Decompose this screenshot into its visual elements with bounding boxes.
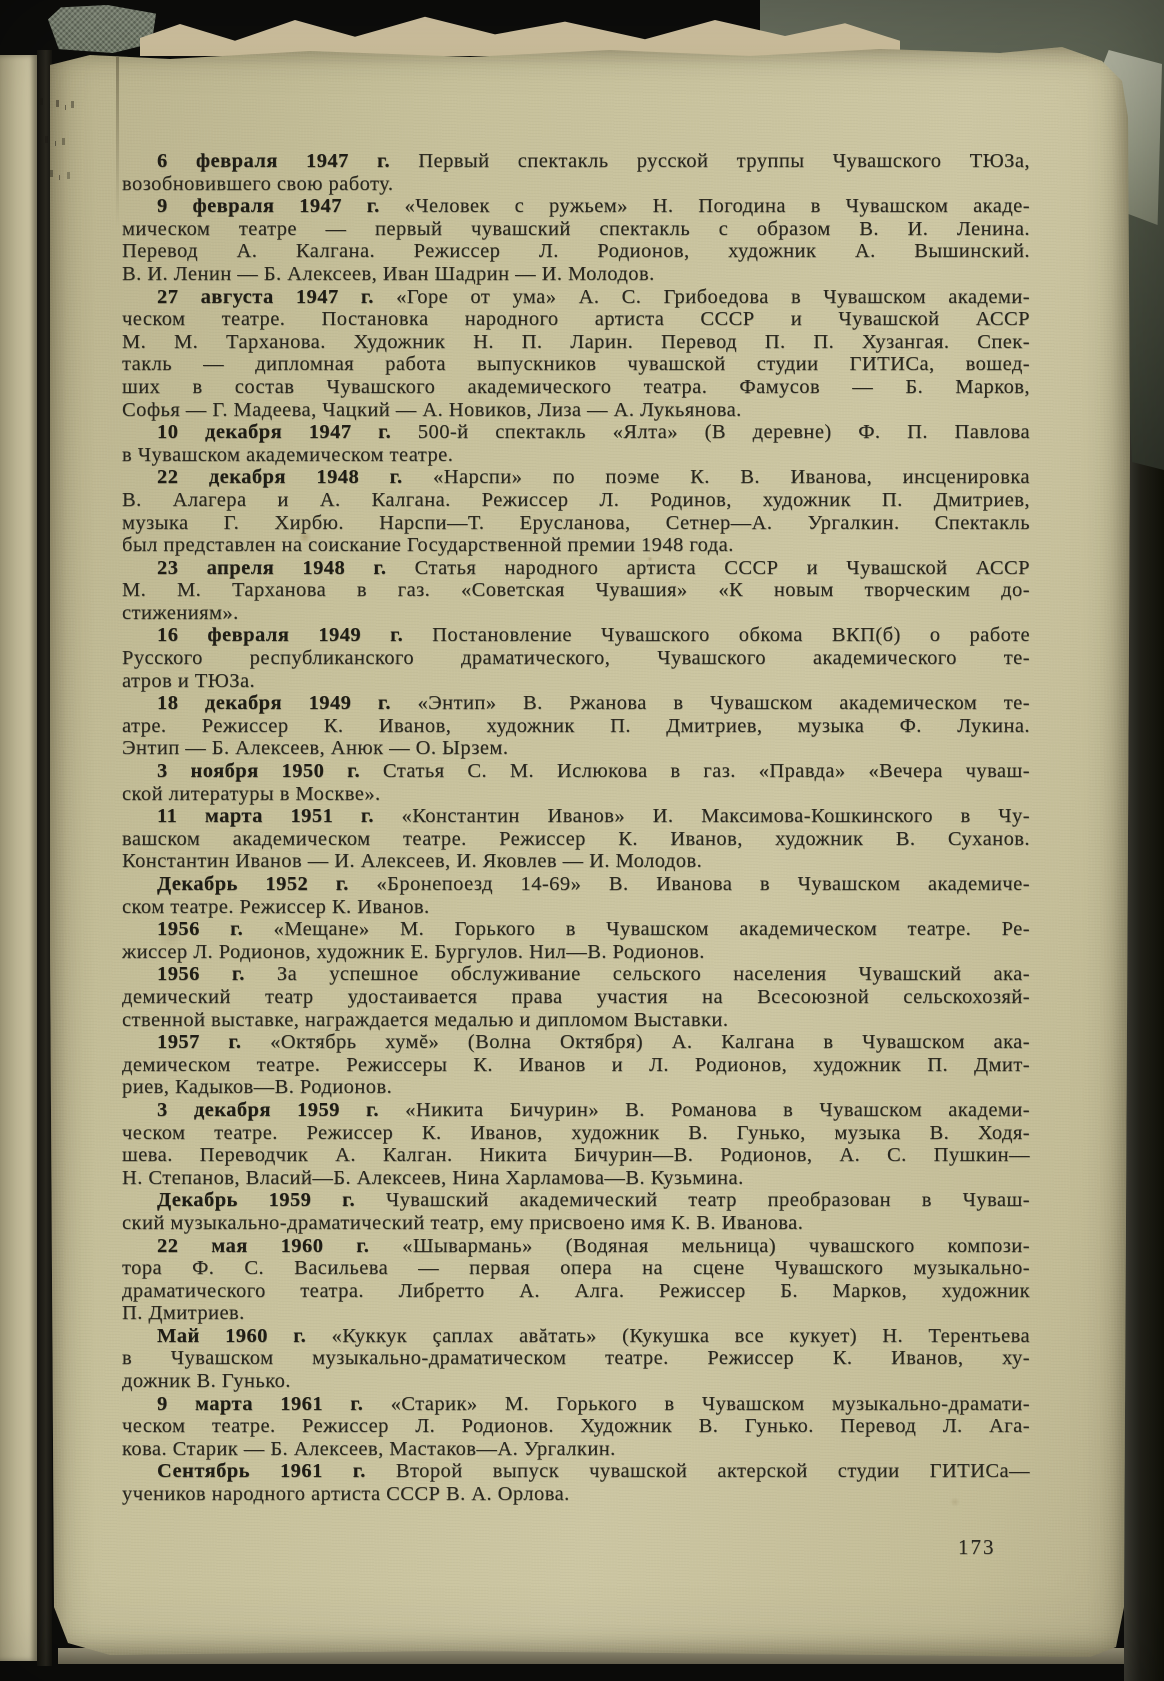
entry-date: Декабрь 1959 г. (157, 1189, 386, 1211)
text-line: Софья — Г. Мадеева, Чацкий — А. Новиков,… (122, 399, 1030, 422)
text-line: Энтип — Б. Алексеев, Анюк — О. Ырзем. (122, 737, 1030, 760)
text-line: кова. Старик — Б. Алексеев, Мастаков—А. … (122, 1438, 1030, 1461)
text-line: 9 марта 1961 г. «Старик» М. Горького в Ч… (122, 1393, 1030, 1416)
book-page: 6 февраля 1947 г. Первый спектакль русск… (50, 47, 1130, 1657)
text-line: 1956 г. За успешное обслуживание сельско… (122, 963, 1030, 986)
binding-cloth-fragment (48, 5, 156, 53)
text-line: Русского республиканского драматического… (122, 647, 1030, 670)
text-line: мическом театре — первый чувашский спект… (122, 218, 1030, 241)
text-line: атре. Режиссер К. Иванов, художник П. Дм… (122, 715, 1030, 738)
entry-date: Декабрь 1952 г. (157, 873, 376, 895)
text-line: 10 декабря 1947 г. 500-й спектакль «Ялта… (122, 421, 1030, 444)
text-line: ской литературы в Москве». (122, 783, 1030, 806)
text-line: Сентябрь 1961 г. Второй выпуск чувашской… (122, 1460, 1030, 1483)
entry-date: 3 декабря 1959 г. (157, 1099, 405, 1121)
entry-date: 22 мая 1960 г. (157, 1235, 402, 1257)
text-line: 11 марта 1951 г. «Константин Иванов» И. … (122, 805, 1030, 828)
entry-date: 1956 г. (157, 918, 274, 940)
text-line: 6 февраля 1947 г. Первый спектакль русск… (122, 150, 1030, 173)
text-line: 23 апреля 1948 г. Статья народного артис… (122, 557, 1030, 580)
text-line: дожник В. Гунько. (122, 1370, 1030, 1393)
text-block: 6 февраля 1947 г. Первый спектакль русск… (122, 150, 1030, 1506)
text-line: Константин Иванов — И. Алексеев, И. Яков… (122, 850, 1030, 873)
text-line: 27 августа 1947 г. «Горе от ума» А. С. Г… (122, 286, 1030, 309)
text-line: 22 мая 1960 г. «Шывармань» (Водяная мель… (122, 1235, 1030, 1258)
text-line: В. И. Ленин — Б. Алексеев, Иван Шадрин —… (122, 263, 1030, 286)
text-line: 3 ноября 1950 г. Статья С. М. Ислюкова в… (122, 760, 1030, 783)
text-line: Декабрь 1952 г. «Бронепоезд 14-69» В. Ив… (122, 873, 1030, 896)
text-line: такль — дипломная работа выпускников чув… (122, 353, 1030, 376)
entry-date: 1956 г. (157, 963, 277, 985)
text-line: В. Алагера и А. Калгана. Режиссер Л. Род… (122, 489, 1030, 512)
text-line: ском театре. Режиссер К. Иванов. (122, 896, 1030, 919)
entry-date: 9 февраля 1947 г. (157, 195, 405, 217)
text-line: демический театр удостаивается права уча… (122, 986, 1030, 1009)
text-line: был представлен на соискание Государстве… (122, 534, 1030, 557)
entry-date: Сентябрь 1961 г. (157, 1460, 396, 1482)
text-line: Декабрь 1959 г. Чувашский академический … (122, 1189, 1030, 1212)
underlying-page-edge (0, 55, 37, 1661)
text-line: стижениям». (122, 602, 1030, 625)
entry-date: 27 августа 1947 г. (157, 286, 396, 308)
text-line: 3 декабря 1959 г. «Никита Бичурин» В. Ро… (122, 1099, 1030, 1122)
entry-date: 1957 г. (157, 1031, 270, 1053)
text-line: музыка Г. Хирбю. Нарспи—Т. Ерусланова, С… (122, 512, 1030, 535)
entry-date: 3 ноября 1950 г. (157, 760, 383, 782)
text-line: жиссер Л. Родионов, художник Е. Бургулов… (122, 941, 1030, 964)
text-line: в Чувашском музыкально-драматическом теа… (122, 1347, 1030, 1370)
text-line: П. Дмитриев. (122, 1302, 1030, 1325)
text-line: тора Ф. С. Васильева — первая опера на с… (122, 1257, 1030, 1280)
page-gutter-shadow (37, 50, 52, 1666)
entry-date: 9 марта 1961 г. (157, 1393, 391, 1415)
text-line: учеников народного артиста СССР В. А. Ор… (122, 1483, 1030, 1506)
entry-date: 22 декабря 1948 г. (157, 466, 433, 488)
margin-ink-marks (40, 98, 43, 105)
scanned-book-photo: 6 февраля 1947 г. Первый спектакль русск… (0, 0, 1164, 1681)
entry-date: Май 1960 г. (157, 1325, 332, 1347)
text-line: М. М. Тарханова в газ. «Советская Чуваши… (122, 579, 1030, 602)
entry-date: 11 марта 1951 г. (157, 805, 402, 827)
text-line: 22 декабря 1948 г. «Нарспи» по поэме К. … (122, 466, 1030, 489)
text-line: возобновившего свою работу. (122, 173, 1030, 196)
text-line: ческом театре. Постановка народного арти… (122, 308, 1030, 331)
text-line: 1957 г. «Октябрь хумĕ» (Волна Октября) А… (122, 1031, 1030, 1054)
text-line: 18 декабря 1949 г. «Энтип» В. Ржанова в … (122, 692, 1030, 715)
entry-date: 10 декабря 1947 г. (157, 421, 418, 443)
text-line: 9 февраля 1947 г. «Человек с ружьем» Н. … (122, 195, 1030, 218)
paper-crease (116, 57, 119, 227)
text-line: 16 февраля 1949 г. Постановление Чувашск… (122, 624, 1030, 647)
entry-date: 23 апреля 1948 г. (157, 557, 415, 579)
text-line: демическом театре. Режиссеры К. Иванов и… (122, 1054, 1030, 1077)
text-line: ческом театре. Режиссер Л. Родионов. Худ… (122, 1415, 1030, 1438)
text-line: ственной выставке, награждается медалью … (122, 1009, 1030, 1032)
text-line: ческом театре. Режиссер К. Иванов, худож… (122, 1122, 1030, 1145)
page-number: 173 (958, 1535, 996, 1560)
text-line: драматического театра. Либретто А. Алга.… (122, 1280, 1030, 1303)
text-line: М. М. Тарханова. Художник Н. П. Ларин. П… (122, 331, 1030, 354)
text-line: Май 1960 г. «Куккук çаплах авăтать» (Кук… (122, 1325, 1030, 1348)
text-line: 1956 г. «Мещане» М. Горького в Чувашском… (122, 918, 1030, 941)
entry-date: 18 декабря 1949 г. (157, 692, 417, 714)
text-line: в Чувашском академическом театре. (122, 444, 1030, 467)
text-line: Н. Степанов, Власий—Б. Алексеев, Нина Ха… (122, 1167, 1030, 1190)
text-line: ский музыкально-драматический театр, ему… (122, 1212, 1030, 1235)
text-line: вашском академическом театре. Режиссер К… (122, 828, 1030, 851)
text-line: шева. Переводчик А. Калган. Никита Бичур… (122, 1144, 1030, 1167)
text-line: Перевод А. Калгана. Режиссер Л. Родионов… (122, 240, 1030, 263)
text-line: риев, Кадыков—В. Родионов. (122, 1076, 1030, 1099)
text-line: ших в состав Чувашского академического т… (122, 376, 1030, 399)
entry-date: 16 февраля 1949 г. (157, 624, 432, 646)
text-line: атров и ТЮЗа. (122, 670, 1030, 693)
entry-date: 6 февраля 1947 г. (157, 150, 418, 172)
